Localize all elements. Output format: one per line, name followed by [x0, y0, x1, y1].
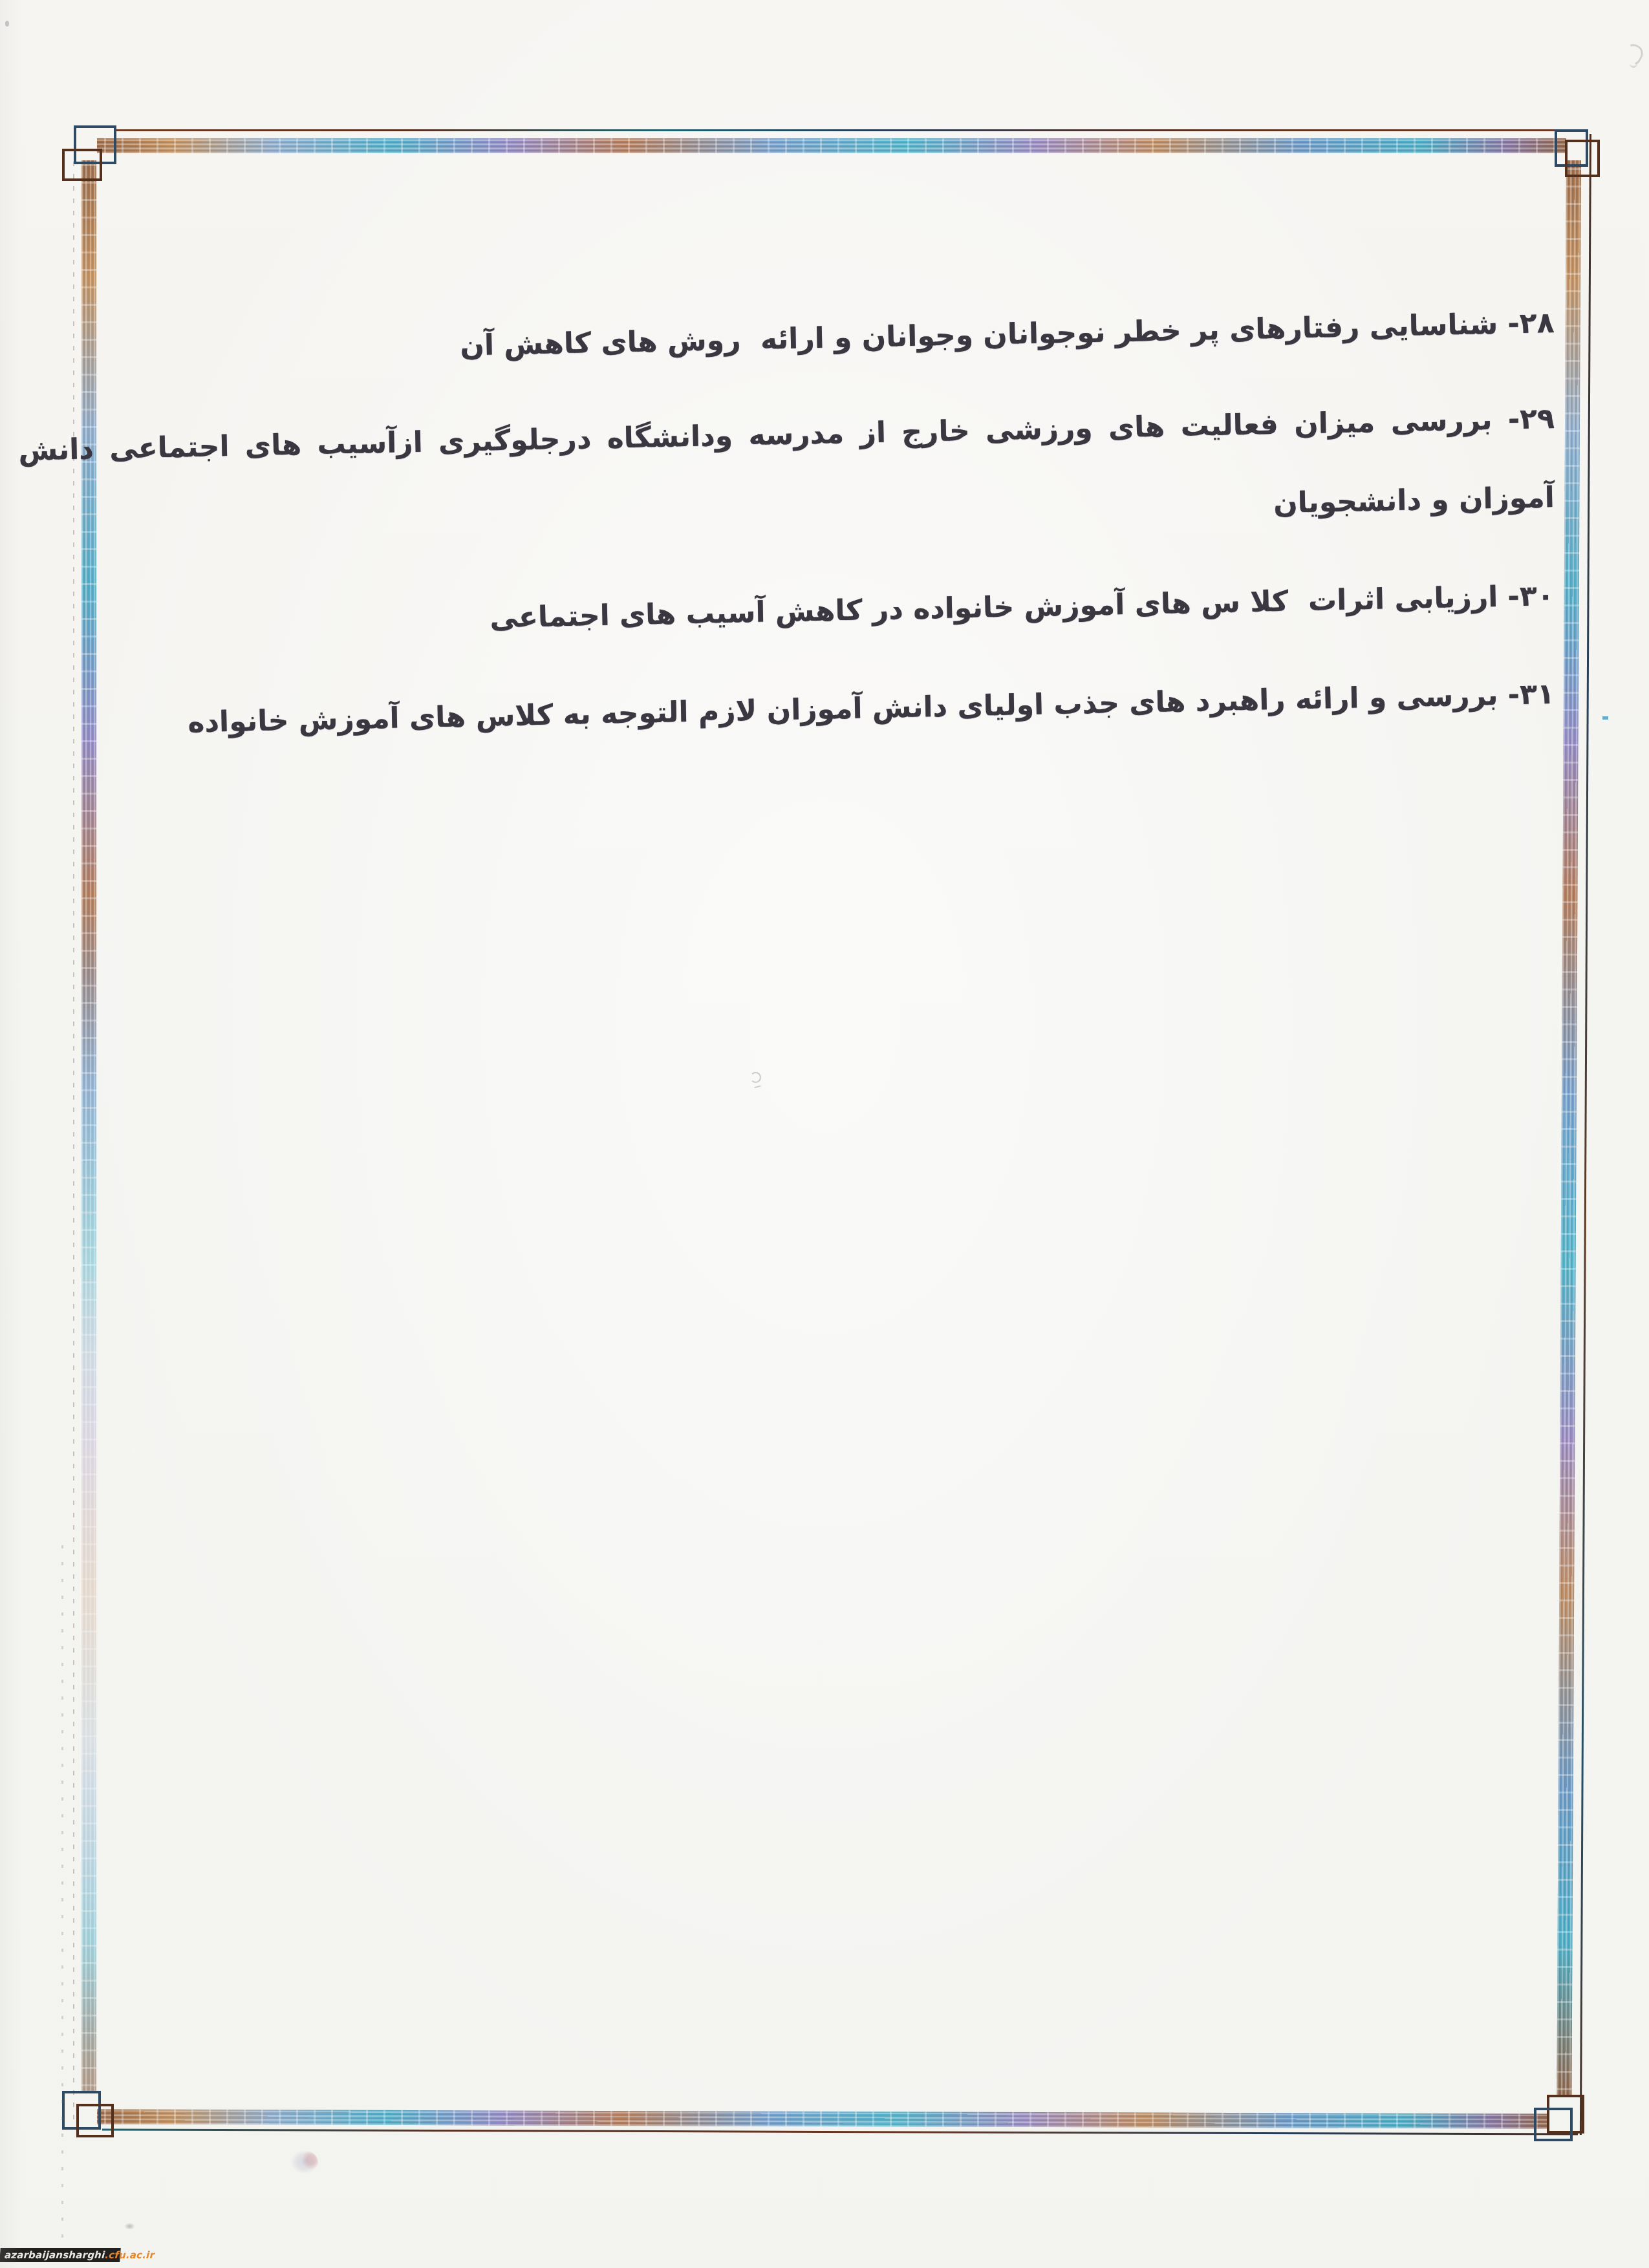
- scan-artifact-curl-top-right: [1619, 41, 1646, 68]
- topic-item-29-line-2: آموزان و دانشجویان: [1273, 480, 1555, 521]
- scan-artifact-speck: [5, 21, 9, 27]
- scan-artifact-left-edge-shade: [0, 0, 22, 2268]
- border-hairline-right: [1580, 134, 1591, 2135]
- border-band-bottom: [97, 2109, 1549, 2128]
- scanned-document-page: ۲۸- شناسایی رفتارهای پر خطر نوجوانان وجو…: [0, 0, 1649, 2268]
- scan-artifact-curl-top-right: [1630, 59, 1637, 68]
- watermark-domain: .cfu.ac.ir: [105, 2249, 155, 2261]
- topic-item-29-line-1: ۲۹- بررسی میزان فعالیت های ورزشی خارج از…: [18, 401, 1555, 469]
- scan-artifact-smudge: [291, 2150, 318, 2174]
- border-hairline-bottom: [102, 2128, 1578, 2135]
- site-watermark: azarbaijansharghi.cfu.ac.ir: [0, 2248, 121, 2262]
- watermark-site-name: azarbaijansharghi: [4, 2249, 105, 2261]
- corner-ornament-top-left-square: [62, 149, 102, 181]
- scan-artifact-curl-middle: [753, 1083, 760, 1088]
- border-band-top: [97, 138, 1566, 153]
- corner-ornament-bottom-left-square: [76, 2104, 114, 2137]
- border-hairline-top: [116, 129, 1558, 131]
- border-band-right: [1557, 160, 1581, 2097]
- topic-item-31: ۳۱- بررسی و ارائه راهبرد های جذب اولیای …: [188, 676, 1555, 740]
- topic-item-28: ۲۸- شناسایی رفتارهای پر خطر نوجوانان وجو…: [460, 305, 1555, 363]
- topic-item-30: ۳۰- ارزیابی اثرات کلا س های آموزش خانواد…: [490, 578, 1555, 636]
- scan-artifact-left-edge-dots: [61, 1545, 63, 2243]
- scan-artifact-curl-middle: [750, 1072, 761, 1083]
- corner-ornament-bottom-right-square: [1534, 2108, 1573, 2141]
- scan-artifact-blue-speck: [1602, 716, 1608, 720]
- corner-ornament-top-right-square: [1565, 140, 1600, 177]
- scan-artifact-dot: [124, 2223, 135, 2230]
